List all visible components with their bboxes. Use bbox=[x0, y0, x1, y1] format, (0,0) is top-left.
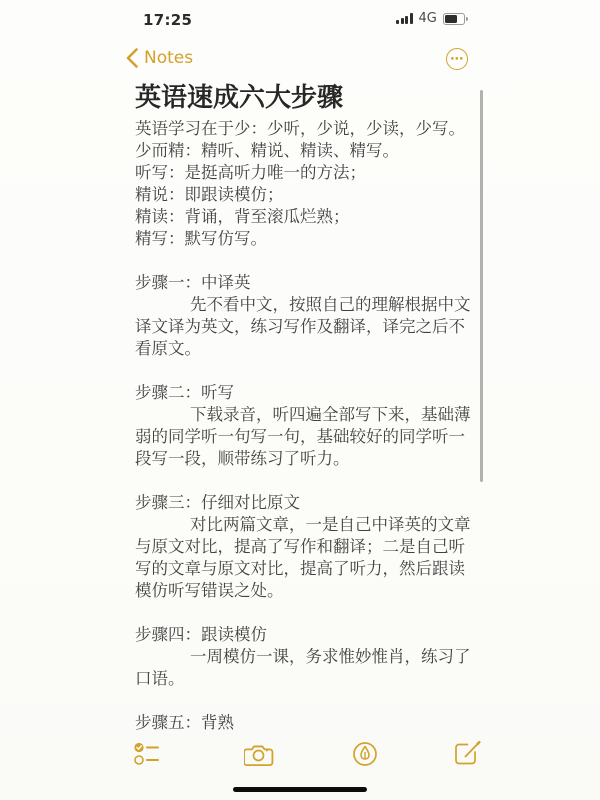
more-options-button[interactable]: ⋯ bbox=[446, 48, 468, 70]
checklist-button[interactable] bbox=[133, 740, 163, 768]
note-title: 英语速成六大步骤 bbox=[135, 82, 491, 114]
note-section-4: 步骤四：跟读模仿 一周模仿一课，务求惟妙惟肖，练习了 口语。 bbox=[135, 624, 491, 690]
markup-pen-icon bbox=[350, 740, 380, 768]
nav-bar: Notes ⋯ bbox=[0, 44, 600, 78]
section-body: 下载录音，听四遍全部写下来，基础薄 弱的同学听一句写一句，基础较好的同学听一 段… bbox=[135, 404, 491, 470]
note-intro-paragraph: 英语学习在于少：少听，少说，少读，少写。 少而精：精听、精说、精读、精写。 听写… bbox=[135, 118, 491, 250]
status-indicators: 4G bbox=[396, 11, 468, 26]
back-to-notes-button[interactable]: Notes bbox=[126, 48, 193, 68]
chevron-left-icon bbox=[126, 48, 138, 68]
ellipsis-icon: ⋯ bbox=[450, 53, 464, 66]
back-button-label: Notes bbox=[144, 48, 193, 68]
cellular-signal-icon bbox=[396, 13, 413, 24]
section-heading: 步骤一：中译英 bbox=[135, 272, 491, 294]
camera-button[interactable] bbox=[244, 740, 274, 768]
compose-button[interactable] bbox=[453, 740, 483, 768]
bottom-toolbar bbox=[0, 738, 600, 772]
status-bar: 17:25 4G bbox=[0, 0, 600, 34]
note-section-5: 步骤五：背熟 bbox=[135, 712, 491, 734]
compose-icon bbox=[453, 740, 483, 768]
markup-button[interactable] bbox=[350, 740, 380, 768]
home-indicator[interactable] bbox=[233, 787, 367, 792]
checklist-icon bbox=[133, 740, 163, 768]
note-section-3: 步骤三：仔细对比原文 对比两篇文章，一是自己中译英的文章 与原文对比，提高了写作… bbox=[135, 492, 491, 602]
section-heading: 步骤三：仔细对比原文 bbox=[135, 492, 491, 514]
section-heading: 步骤四：跟读模仿 bbox=[135, 624, 491, 646]
note-editor[interactable]: 英语速成六大步骤 英语学习在于少：少听，少说，少读，少写。 少而精：精听、精说、… bbox=[135, 82, 491, 734]
notes-app-screen: 17:25 4G Notes ⋯ 英语速成六大步骤 英语学习在于少：少听，少说，… bbox=[0, 0, 600, 800]
network-type-label: 4G bbox=[419, 11, 437, 26]
note-section-1: 步骤一：中译英 先不看中文，按照自己的理解根据中文 译文译为英文，练习写作及翻译… bbox=[135, 272, 491, 360]
section-body: 先不看中文，按照自己的理解根据中文 译文译为英文，练习写作及翻译，译完之后不 看… bbox=[135, 294, 491, 360]
clock: 17:25 bbox=[143, 11, 192, 29]
section-body: 一周模仿一课，务求惟妙惟肖，练习了 口语。 bbox=[135, 646, 491, 690]
camera-icon bbox=[244, 740, 274, 768]
section-heading: 步骤二：听写 bbox=[135, 382, 491, 404]
section-heading: 步骤五：背熟 bbox=[135, 712, 491, 734]
battery-icon bbox=[443, 13, 468, 25]
note-section-2: 步骤二：听写 下载录音，听四遍全部写下来，基础薄 弱的同学听一句写一句，基础较好… bbox=[135, 382, 491, 470]
section-body: 对比两篇文章，一是自己中译英的文章 与原文对比，提高了写作和翻译；二是自己听 写… bbox=[135, 514, 491, 602]
